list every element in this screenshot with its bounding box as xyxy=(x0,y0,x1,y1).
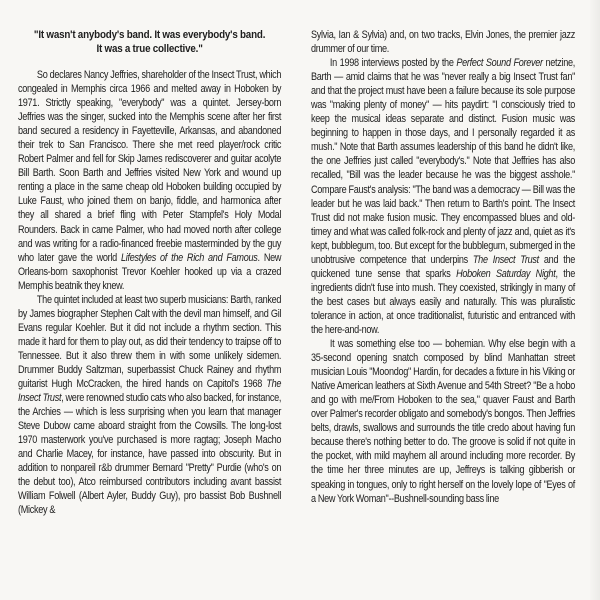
italic-title: Lifestyles of the Rich and Famous xyxy=(121,252,258,264)
page-edge-shadow xyxy=(590,0,600,600)
right-column: Sylvia, Ian & Sylvia) and, on two tracks… xyxy=(311,28,575,506)
italic-title: The Insect Trust xyxy=(473,254,539,266)
italic-title: Hoboken Saturday Night xyxy=(456,268,555,280)
left-column: "It wasn't anybody's band. It was everyb… xyxy=(18,28,281,518)
text-span: The quintet included at least two superb… xyxy=(18,294,281,390)
paragraph-bohemian: It was something else too — bohemian. Wh… xyxy=(311,337,575,506)
liner-notes-page: "It wasn't anybody's band. It was everyb… xyxy=(0,0,600,600)
pull-quote-line-2: It was a true collective." xyxy=(18,42,281,56)
text-span: netzine, Barth — amid claims that he was… xyxy=(311,57,575,266)
italic-title: Perfect Sound Forever xyxy=(456,57,542,69)
paragraph-interviews: In 1998 interviews posted by the Perfect… xyxy=(311,56,575,337)
pull-quote: "It wasn't anybody's band. It was everyb… xyxy=(18,28,281,56)
pull-quote-line-1: "It wasn't anybody's band. It was everyb… xyxy=(18,28,281,42)
text-span: , were renowned studio cats who also bac… xyxy=(18,392,281,516)
paragraph-continued: Sylvia, Ian & Sylvia) and, on two tracks… xyxy=(311,28,575,56)
text-span: In 1998 interviews posted by the xyxy=(330,57,456,69)
paragraph-intro: So declares Nancy Jeffries, shareholder … xyxy=(18,68,281,293)
text-span: So declares Nancy Jeffries, shareholder … xyxy=(18,69,281,264)
paragraph-quintet: The quintet included at least two superb… xyxy=(18,293,281,518)
